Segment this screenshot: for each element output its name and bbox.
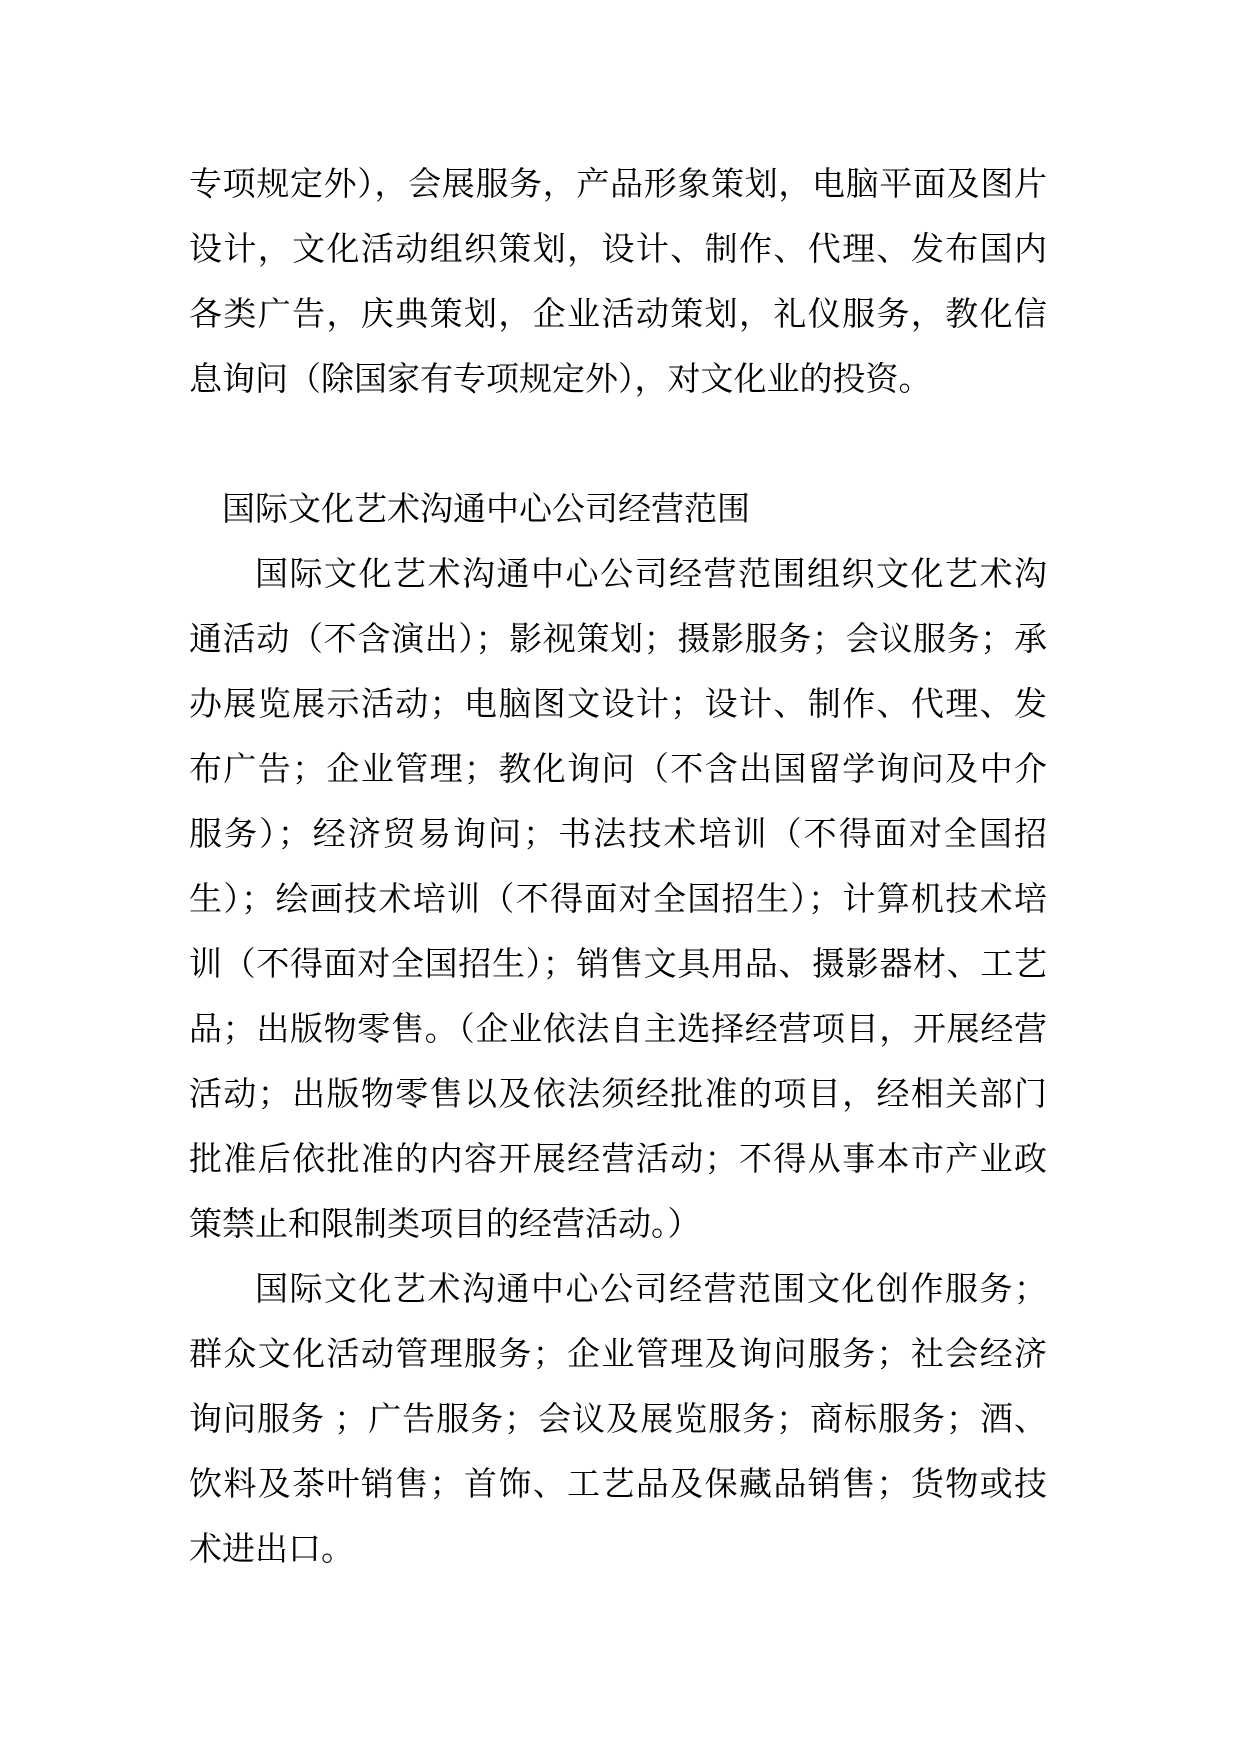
text-line: 通活动（不含演出）；影视策划；摄影服务；会议服务；承 [189,608,1047,673]
text-line: 饮料及茶叶销售；首饰、工艺品及保藏品销售；货物或技 [189,1453,1047,1518]
text-line: 批准后依批准的内容开展经营活动；不得从事本市产业政 [189,1128,1047,1193]
text-line: 服务）；经济贸易询问；书法技术培训（不得面对全国招 [189,803,1047,868]
text-line: 各类广告，庆典策划，企业活动策划，礼仪服务，教化信 [189,283,1047,348]
paragraph-3: 国际文化艺术沟通中心公司经营范围文化创作服务； 群众文化活动管理服务；企业管理及… [189,1258,1047,1583]
text-line: 品；出版物零售。（企业依法自主选择经营项目，开展经营 [189,998,1047,1063]
text-line: 群众文化活动管理服务；企业管理及询问服务；社会经济 [189,1323,1047,1388]
document-page: 专项规定外），会展服务，产品形象策划，电脑平面及图片 设计，文化活动组织策划，设… [0,0,1240,1753]
paragraph-2: 国际文化艺术沟通中心公司经营范围组织文化艺术沟 通活动（不含演出）；影视策划；摄… [189,543,1047,1258]
blank-line [189,413,1047,478]
text-line: 训（不得面对全国招生）；销售文具用品、摄影器材、工艺 [189,933,1047,998]
text-line: 息询问（除国家有专项规定外），对文化业的投资。 [189,348,1047,413]
text-line: 询问服务 ；广告服务；会议及展览服务；商标服务；酒、 [189,1388,1047,1453]
text-line: 国际文化艺术沟通中心公司经营范围组织文化艺术沟 [189,543,1047,608]
text-line: 生）；绘画技术培训（不得面对全国招生）；计算机技术培 [189,868,1047,933]
text-line: 策禁止和限制类项目的经营活动。） [189,1193,1047,1258]
paragraph-1: 专项规定外），会展服务，产品形象策划，电脑平面及图片 设计，文化活动组织策划，设… [189,153,1047,413]
text-line: 专项规定外），会展服务，产品形象策划，电脑平面及图片 [189,153,1047,218]
text-line: 办展览展示活动；电脑图文设计；设计、制作、代理、发 [189,673,1047,738]
text-line: 布广告；企业管理；教化询问（不含出国留学询问及中介 [189,738,1047,803]
text-line: 设计，文化活动组织策划，设计、制作、代理、发布国内 [189,218,1047,283]
text-line: 国际文化艺术沟通中心公司经营范围文化创作服务； [189,1258,1047,1323]
text-line: 术进出口。 [189,1518,1047,1583]
text-line: 活动；出版物零售以及依法须经批准的项目，经相关部门 [189,1063,1047,1128]
section-heading: 国际文化艺术沟通中心公司经营范围 [189,478,1047,543]
document-content: 专项规定外），会展服务，产品形象策划，电脑平面及图片 设计，文化活动组织策划，设… [189,153,1047,1583]
